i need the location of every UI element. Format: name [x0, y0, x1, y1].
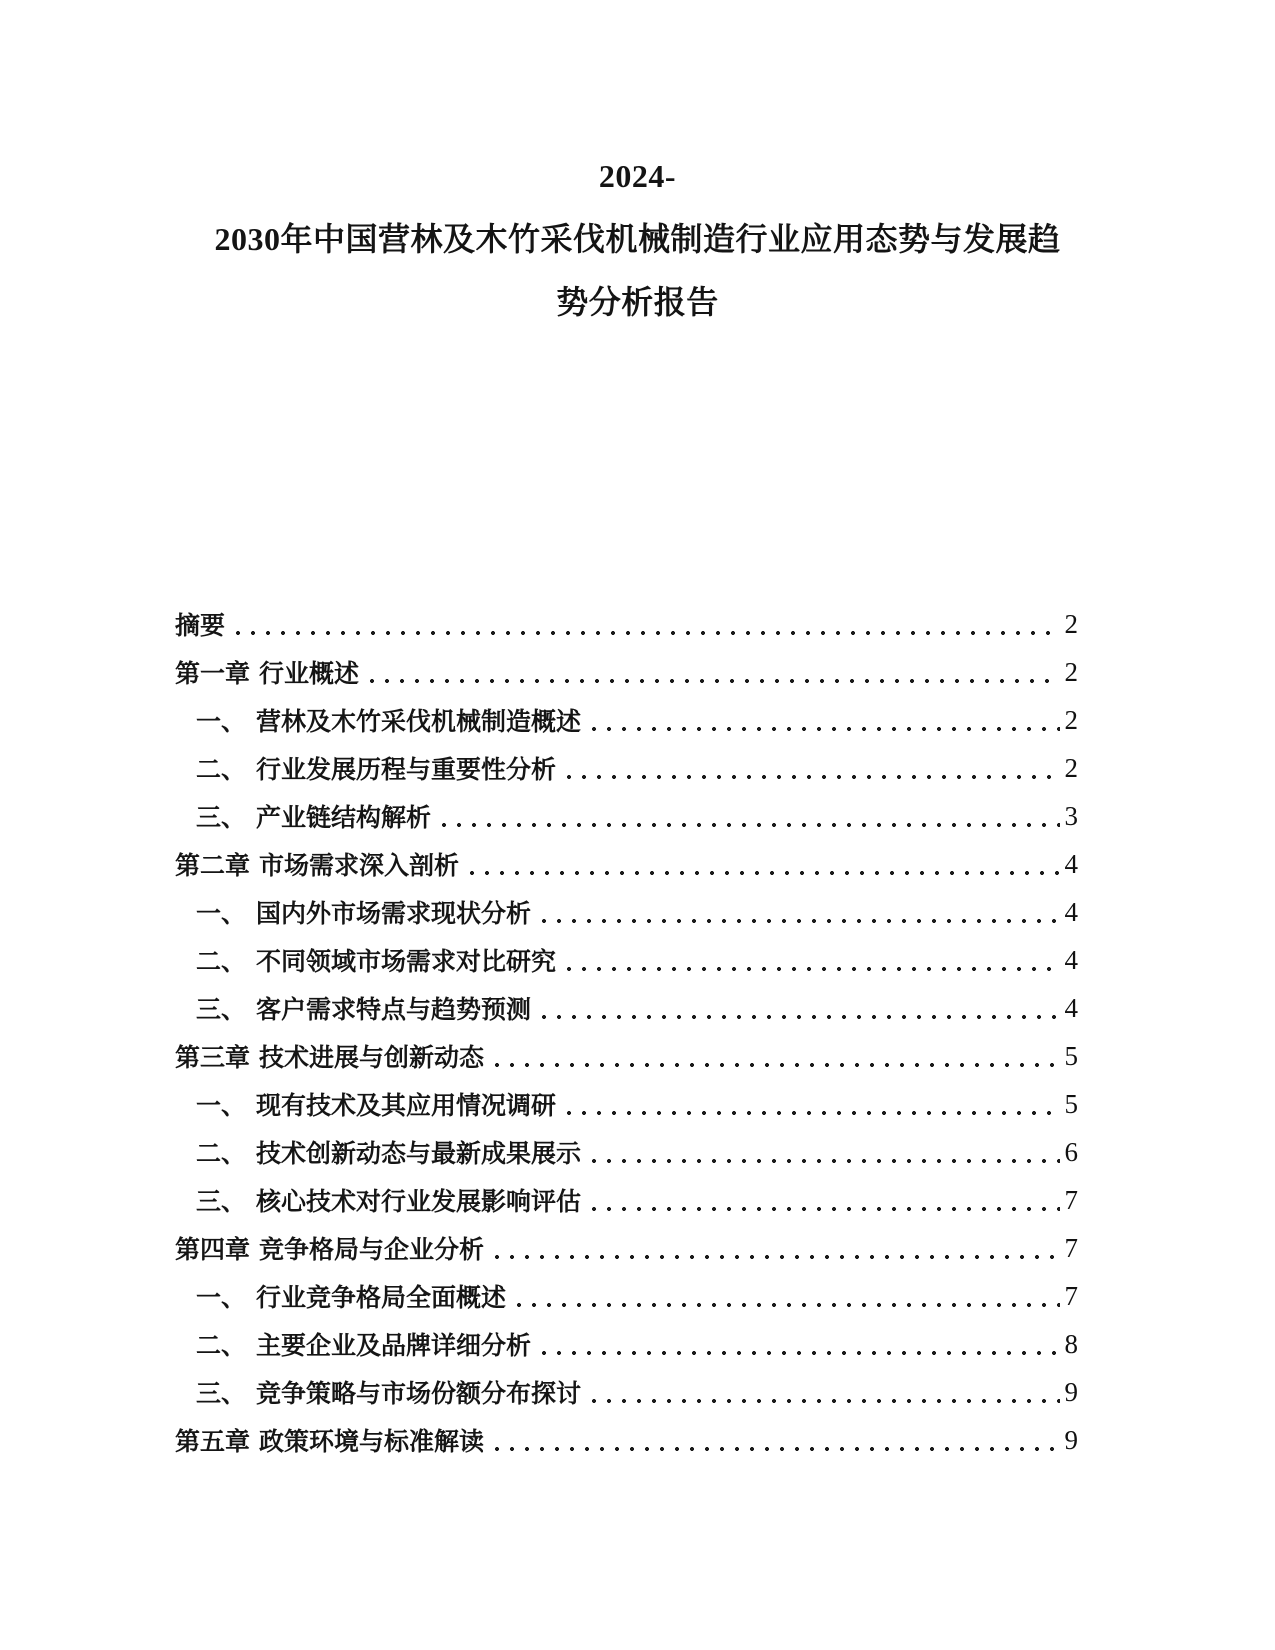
toc-dot-leader: [539, 1320, 1059, 1368]
toc-entry-number: 第四章: [175, 1230, 250, 1266]
toc-entry-page: 7: [1065, 1185, 1079, 1216]
toc-entry-page: 8: [1065, 1329, 1079, 1360]
toc-entry-title: 核心技术对行业发展影响评估: [256, 1182, 581, 1218]
toc-entry-number: 三、: [196, 1182, 246, 1218]
toc-entry[interactable]: 二、 主要企业及品牌详细分析 8: [175, 1320, 1078, 1368]
toc-entry-number: 二、: [196, 1326, 246, 1362]
toc-entry-title: 摘要: [175, 606, 225, 642]
toc-entry-page: 5: [1065, 1041, 1079, 1072]
toc-dot-leader: [589, 1368, 1059, 1416]
toc-entry-number: 三、: [196, 990, 246, 1026]
toc-entry-title: 行业概述: [259, 654, 359, 690]
toc-dot-leader: [439, 792, 1059, 840]
toc-entry-title: 行业竞争格局全面概述: [256, 1278, 506, 1314]
toc-entry-page: 4: [1065, 849, 1079, 880]
toc-entry[interactable]: 一、 现有技术及其应用情况调研 5: [175, 1080, 1078, 1128]
toc-entry-title: 产业链结构解析: [256, 798, 431, 834]
toc-entry-page: 7: [1065, 1233, 1079, 1264]
title-line-3: 势分析报告: [0, 271, 1275, 334]
toc-entry-number: 一、: [196, 702, 246, 738]
toc-entry-page: 4: [1065, 993, 1079, 1024]
toc-entry-title: 技术创新动态与最新成果展示: [256, 1134, 581, 1170]
toc-dot-leader: [467, 840, 1059, 888]
toc-entry-page: 2: [1065, 609, 1079, 640]
toc-entry-number: 二、: [196, 750, 246, 786]
title-line-2: 2030年中国营林及木竹采伐机械制造行业应用态势与发展趋: [0, 208, 1275, 271]
toc-entry[interactable]: 一、 营林及木竹采伐机械制造概述 2: [175, 696, 1078, 744]
toc-entry-number: 一、: [196, 894, 246, 930]
toc-entry-page: 4: [1065, 897, 1079, 928]
toc-dot-leader: [564, 744, 1059, 792]
toc-entry[interactable]: 二、 技术创新动态与最新成果展示 6: [175, 1128, 1078, 1176]
toc-entry-title: 竞争格局与企业分析: [259, 1230, 484, 1266]
toc-dot-leader: [233, 600, 1059, 648]
toc-dot-leader: [539, 984, 1059, 1032]
toc-entry[interactable]: 二、 不同领域市场需求对比研究 4: [175, 936, 1078, 984]
toc-entry-title: 客户需求特点与趋势预测: [256, 990, 531, 1026]
toc-dot-leader: [492, 1224, 1059, 1272]
toc-entry-title: 政策环境与标准解读: [259, 1422, 484, 1458]
toc-entry-page: 2: [1065, 705, 1079, 736]
toc-dot-leader: [492, 1032, 1059, 1080]
toc-entry-title: 技术进展与创新动态: [259, 1038, 484, 1074]
toc-dot-leader: [492, 1416, 1059, 1464]
toc-entry[interactable]: 第二章 市场需求深入剖析 4: [175, 840, 1078, 888]
toc-entry[interactable]: 三、 产业链结构解析 3: [175, 792, 1078, 840]
title-line-1: 2024-: [0, 145, 1275, 208]
toc-entry-number: 第一章: [175, 654, 250, 690]
toc-entry-page: 9: [1065, 1425, 1079, 1456]
toc-entry-number: 一、: [196, 1278, 246, 1314]
toc-entry-title: 现有技术及其应用情况调研: [256, 1086, 556, 1122]
toc-entry-page: 5: [1065, 1089, 1079, 1120]
toc-entry[interactable]: 一、 国内外市场需求现状分析 4: [175, 888, 1078, 936]
toc-entry-number: 一、: [196, 1086, 246, 1122]
toc-entry-title: 市场需求深入剖析: [259, 846, 459, 882]
toc-dot-leader: [514, 1272, 1059, 1320]
toc-entry[interactable]: 三、 竞争策略与市场份额分布探讨 9: [175, 1368, 1078, 1416]
toc-entry[interactable]: 一、 行业竞争格局全面概述 7: [175, 1272, 1078, 1320]
toc-entry-page: 7: [1065, 1281, 1079, 1312]
toc-entry-title: 竞争策略与市场份额分布探讨: [256, 1374, 581, 1410]
toc-entry-page: 6: [1065, 1137, 1079, 1168]
toc-entry[interactable]: 第一章 行业概述 2: [175, 648, 1078, 696]
toc-dot-leader: [539, 888, 1059, 936]
toc-entry-title: 行业发展历程与重要性分析: [256, 750, 556, 786]
toc-entry-title: 国内外市场需求现状分析: [256, 894, 531, 930]
toc-entry-number: 二、: [196, 1134, 246, 1170]
toc-dot-leader: [589, 1128, 1059, 1176]
toc-entry-title: 不同领域市场需求对比研究: [256, 942, 556, 978]
toc-dot-leader: [564, 1080, 1059, 1128]
toc-dot-leader: [367, 648, 1059, 696]
toc-entry[interactable]: 摘要 2: [175, 600, 1078, 648]
toc-entry-page: 3: [1065, 801, 1079, 832]
toc-entry[interactable]: 第五章 政策环境与标准解读 9: [175, 1416, 1078, 1464]
toc-entry[interactable]: 二、 行业发展历程与重要性分析 2: [175, 744, 1078, 792]
toc-entry[interactable]: 第三章 技术进展与创新动态 5: [175, 1032, 1078, 1080]
toc-entry-number: 二、: [196, 942, 246, 978]
table-of-contents: 摘要 2 第一章 行业概述 2 一、 营林及木竹采伐机械制造概述 2 二、 行业…: [175, 600, 1078, 1464]
document-title: 2024- 2030年中国营林及木竹采伐机械制造行业应用态势与发展趋 势分析报告: [0, 145, 1275, 334]
toc-entry[interactable]: 三、 核心技术对行业发展影响评估 7: [175, 1176, 1078, 1224]
toc-entry[interactable]: 三、 客户需求特点与趋势预测 4: [175, 984, 1078, 1032]
toc-dot-leader: [564, 936, 1059, 984]
toc-entry-number: 第五章: [175, 1422, 250, 1458]
toc-entry-number: 第二章: [175, 846, 250, 882]
toc-entry-number: 三、: [196, 798, 246, 834]
toc-dot-leader: [589, 696, 1059, 744]
toc-entry-page: 2: [1065, 753, 1079, 784]
toc-entry-number: 三、: [196, 1374, 246, 1410]
toc-entry-title: 营林及木竹采伐机械制造概述: [256, 702, 581, 738]
toc-entry-page: 9: [1065, 1377, 1079, 1408]
toc-dot-leader: [589, 1176, 1059, 1224]
toc-entry-page: 2: [1065, 657, 1079, 688]
document-page: 2024- 2030年中国营林及木竹采伐机械制造行业应用态势与发展趋 势分析报告…: [0, 0, 1275, 1650]
toc-entry[interactable]: 第四章 竞争格局与企业分析 7: [175, 1224, 1078, 1272]
toc-entry-number: 第三章: [175, 1038, 250, 1074]
toc-entry-title: 主要企业及品牌详细分析: [256, 1326, 531, 1362]
toc-entry-page: 4: [1065, 945, 1079, 976]
